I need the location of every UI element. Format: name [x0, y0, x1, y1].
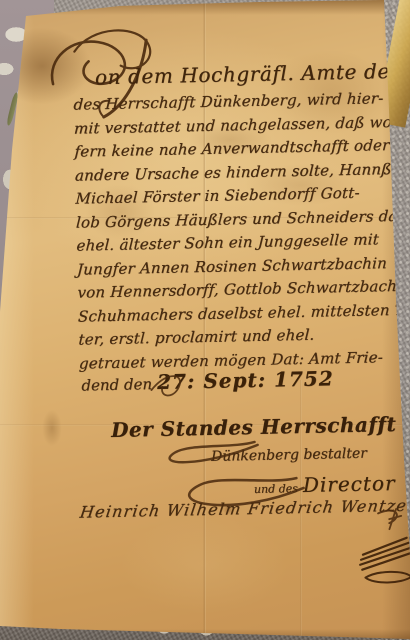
- date-value: 27: Sept: 1752: [157, 366, 334, 394]
- signature: Heinrich Wilhelm Friedrich Wentzel: [79, 496, 410, 522]
- date-prefix: dend den: [81, 375, 152, 394]
- handwritten-text-block: on dem Hochgräfl. Amte der Stan- des Her…: [0, 0, 410, 640]
- role-prefix: und des: [254, 482, 298, 496]
- manuscript-photo: on dem Hochgräfl. Amte der Stan- des Her…: [0, 0, 410, 640]
- date-line: dend den 27: Sept: 1752: [81, 366, 334, 395]
- paraph-flourish-icon: [360, 538, 410, 583]
- closing-office-line: Dünkenberg bestalter: [211, 446, 367, 465]
- heading-line: on dem Hochgräfl. Amte der Stan-: [95, 59, 405, 89]
- closing-office-line: Der Standes Herrschafft: [111, 412, 397, 442]
- closing-role-line: und des Director: [254, 471, 396, 498]
- body-text: des Herrschafft Dünkenberg, wird hier- m…: [73, 87, 405, 376]
- role-title: Director: [303, 471, 396, 497]
- paper-sheet: on dem Hochgräfl. Amte der Stan- des Her…: [0, 0, 410, 640]
